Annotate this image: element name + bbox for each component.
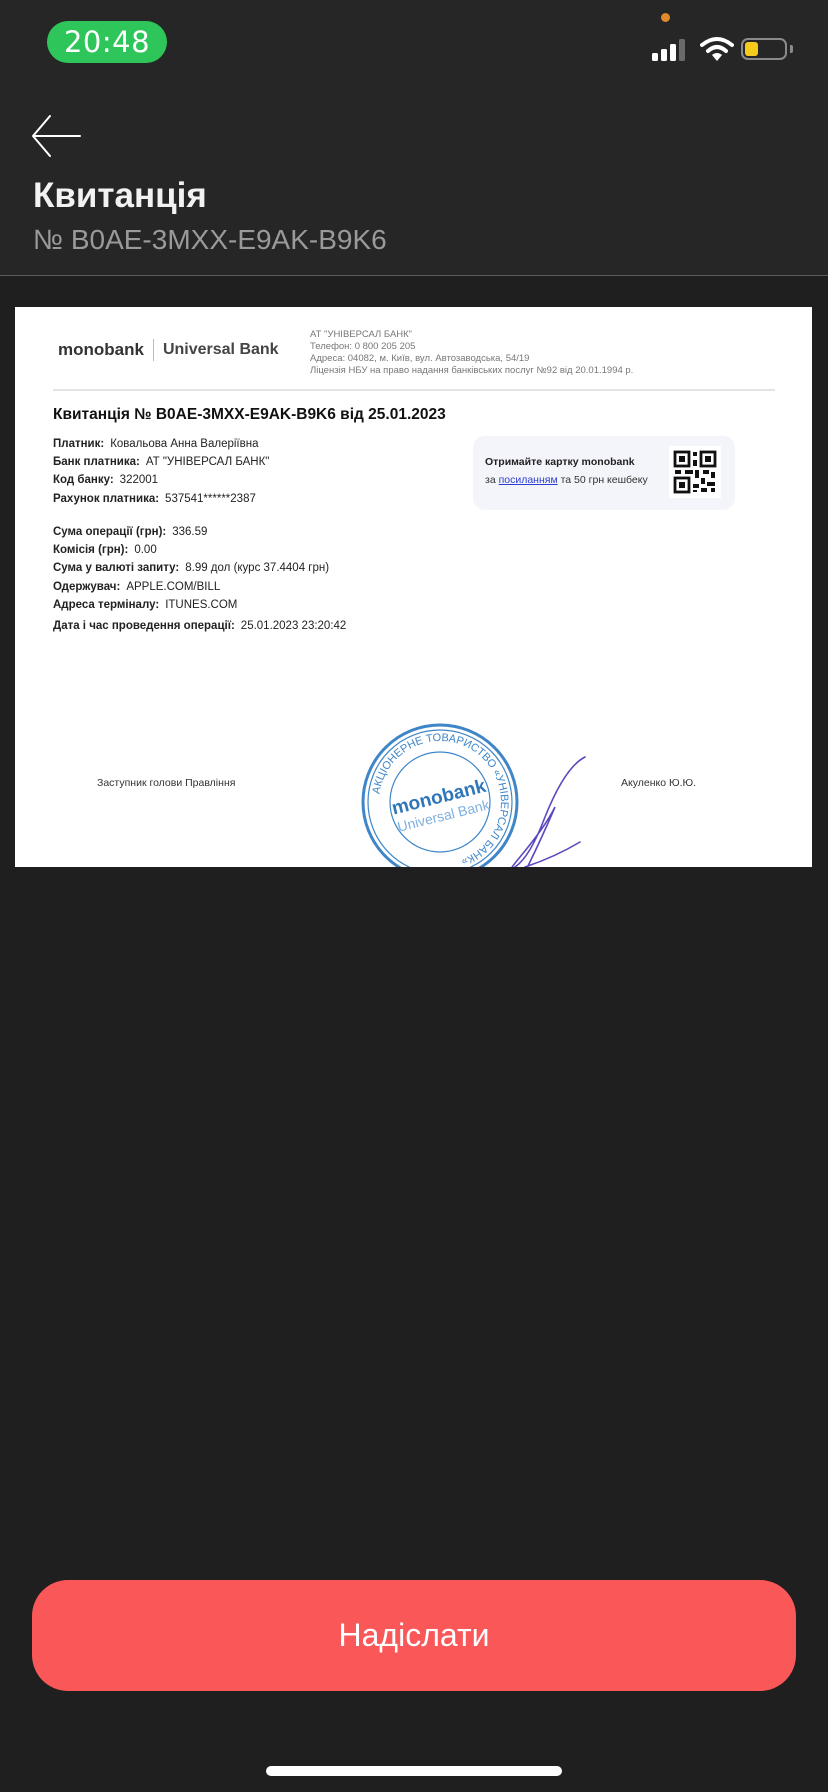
logo-brand: monobank [58, 340, 144, 360]
arrow-left-icon [30, 112, 86, 160]
field-row: Код банку:322001 [53, 471, 269, 489]
signer-name: Акуленко Ю.Ю. [621, 777, 696, 789]
cellular-signal-icon [652, 39, 690, 61]
receipt-title: Квитанція № B0AE-3MXX-E9AK-B9K6 від 25.0… [53, 406, 446, 424]
field-row: Комісія (грн):0.00 [53, 541, 329, 559]
payer-fields: Платник:Ковальова Анна Валеріївна Банк п… [53, 435, 269, 508]
promo-card: Отримайте картку monobank за посиланням … [473, 436, 735, 510]
receipt-screen: 20:48 Квитанція № B0AE-3MXX-E9AK-B9K6 mo… [0, 0, 828, 1792]
promo-link[interactable]: посиланням [499, 474, 558, 486]
status-time: 20:48 [47, 21, 167, 63]
field-row: Адреса терміналу:ITUNES.COM [53, 596, 329, 614]
field-row: Одержувач:APPLE.COM/BILL [53, 578, 329, 596]
signature-icon [485, 747, 605, 867]
signer-position: Заступник голови Правління [97, 777, 235, 789]
wifi-icon [700, 36, 734, 62]
battery-icon [741, 38, 787, 60]
mic-indicator-icon [661, 13, 670, 22]
header-divider [0, 275, 828, 276]
datetime-field: Дата і час проведення операції:25.01.202… [53, 617, 346, 635]
document-divider [53, 389, 775, 391]
field-row: Платник:Ковальова Анна Валеріївна [53, 435, 269, 453]
send-button[interactable]: Надіслати [32, 1580, 796, 1691]
bank-info: АТ "УНІВЕРСАЛ БАНК" Телефон: 0 800 205 2… [310, 329, 633, 377]
logo-bank: Universal Bank [163, 341, 279, 359]
home-indicator[interactable] [266, 1766, 562, 1776]
field-row: Рахунок платника:537541******2387 [53, 490, 269, 508]
operation-fields: Сума операції (грн):336.59 Комісія (грн)… [53, 523, 329, 614]
promo-text: за посиланням та 50 грн кешбеку [485, 474, 648, 486]
page-title: Квитанція [33, 176, 207, 216]
back-button[interactable] [30, 112, 86, 160]
promo-title: Отримайте картку monobank [485, 456, 635, 468]
bank-logo: monobank Universal Bank [58, 339, 279, 361]
battery-tip [790, 45, 793, 53]
field-row: Сума операції (грн):336.59 [53, 523, 329, 541]
battery-level [745, 42, 758, 56]
field-row: Сума у валюті запиту:8.99 дол (курс 37.4… [53, 559, 329, 577]
receipt-document[interactable]: monobank Universal Bank АТ "УНІВЕРСАЛ БА… [15, 307, 812, 867]
receipt-number: № B0AE-3MXX-E9AK-B9K6 [33, 224, 387, 256]
field-row: Банк платника:АТ "УНІВЕРСАЛ БАНК" [53, 453, 269, 471]
qr-code-icon [669, 446, 721, 498]
